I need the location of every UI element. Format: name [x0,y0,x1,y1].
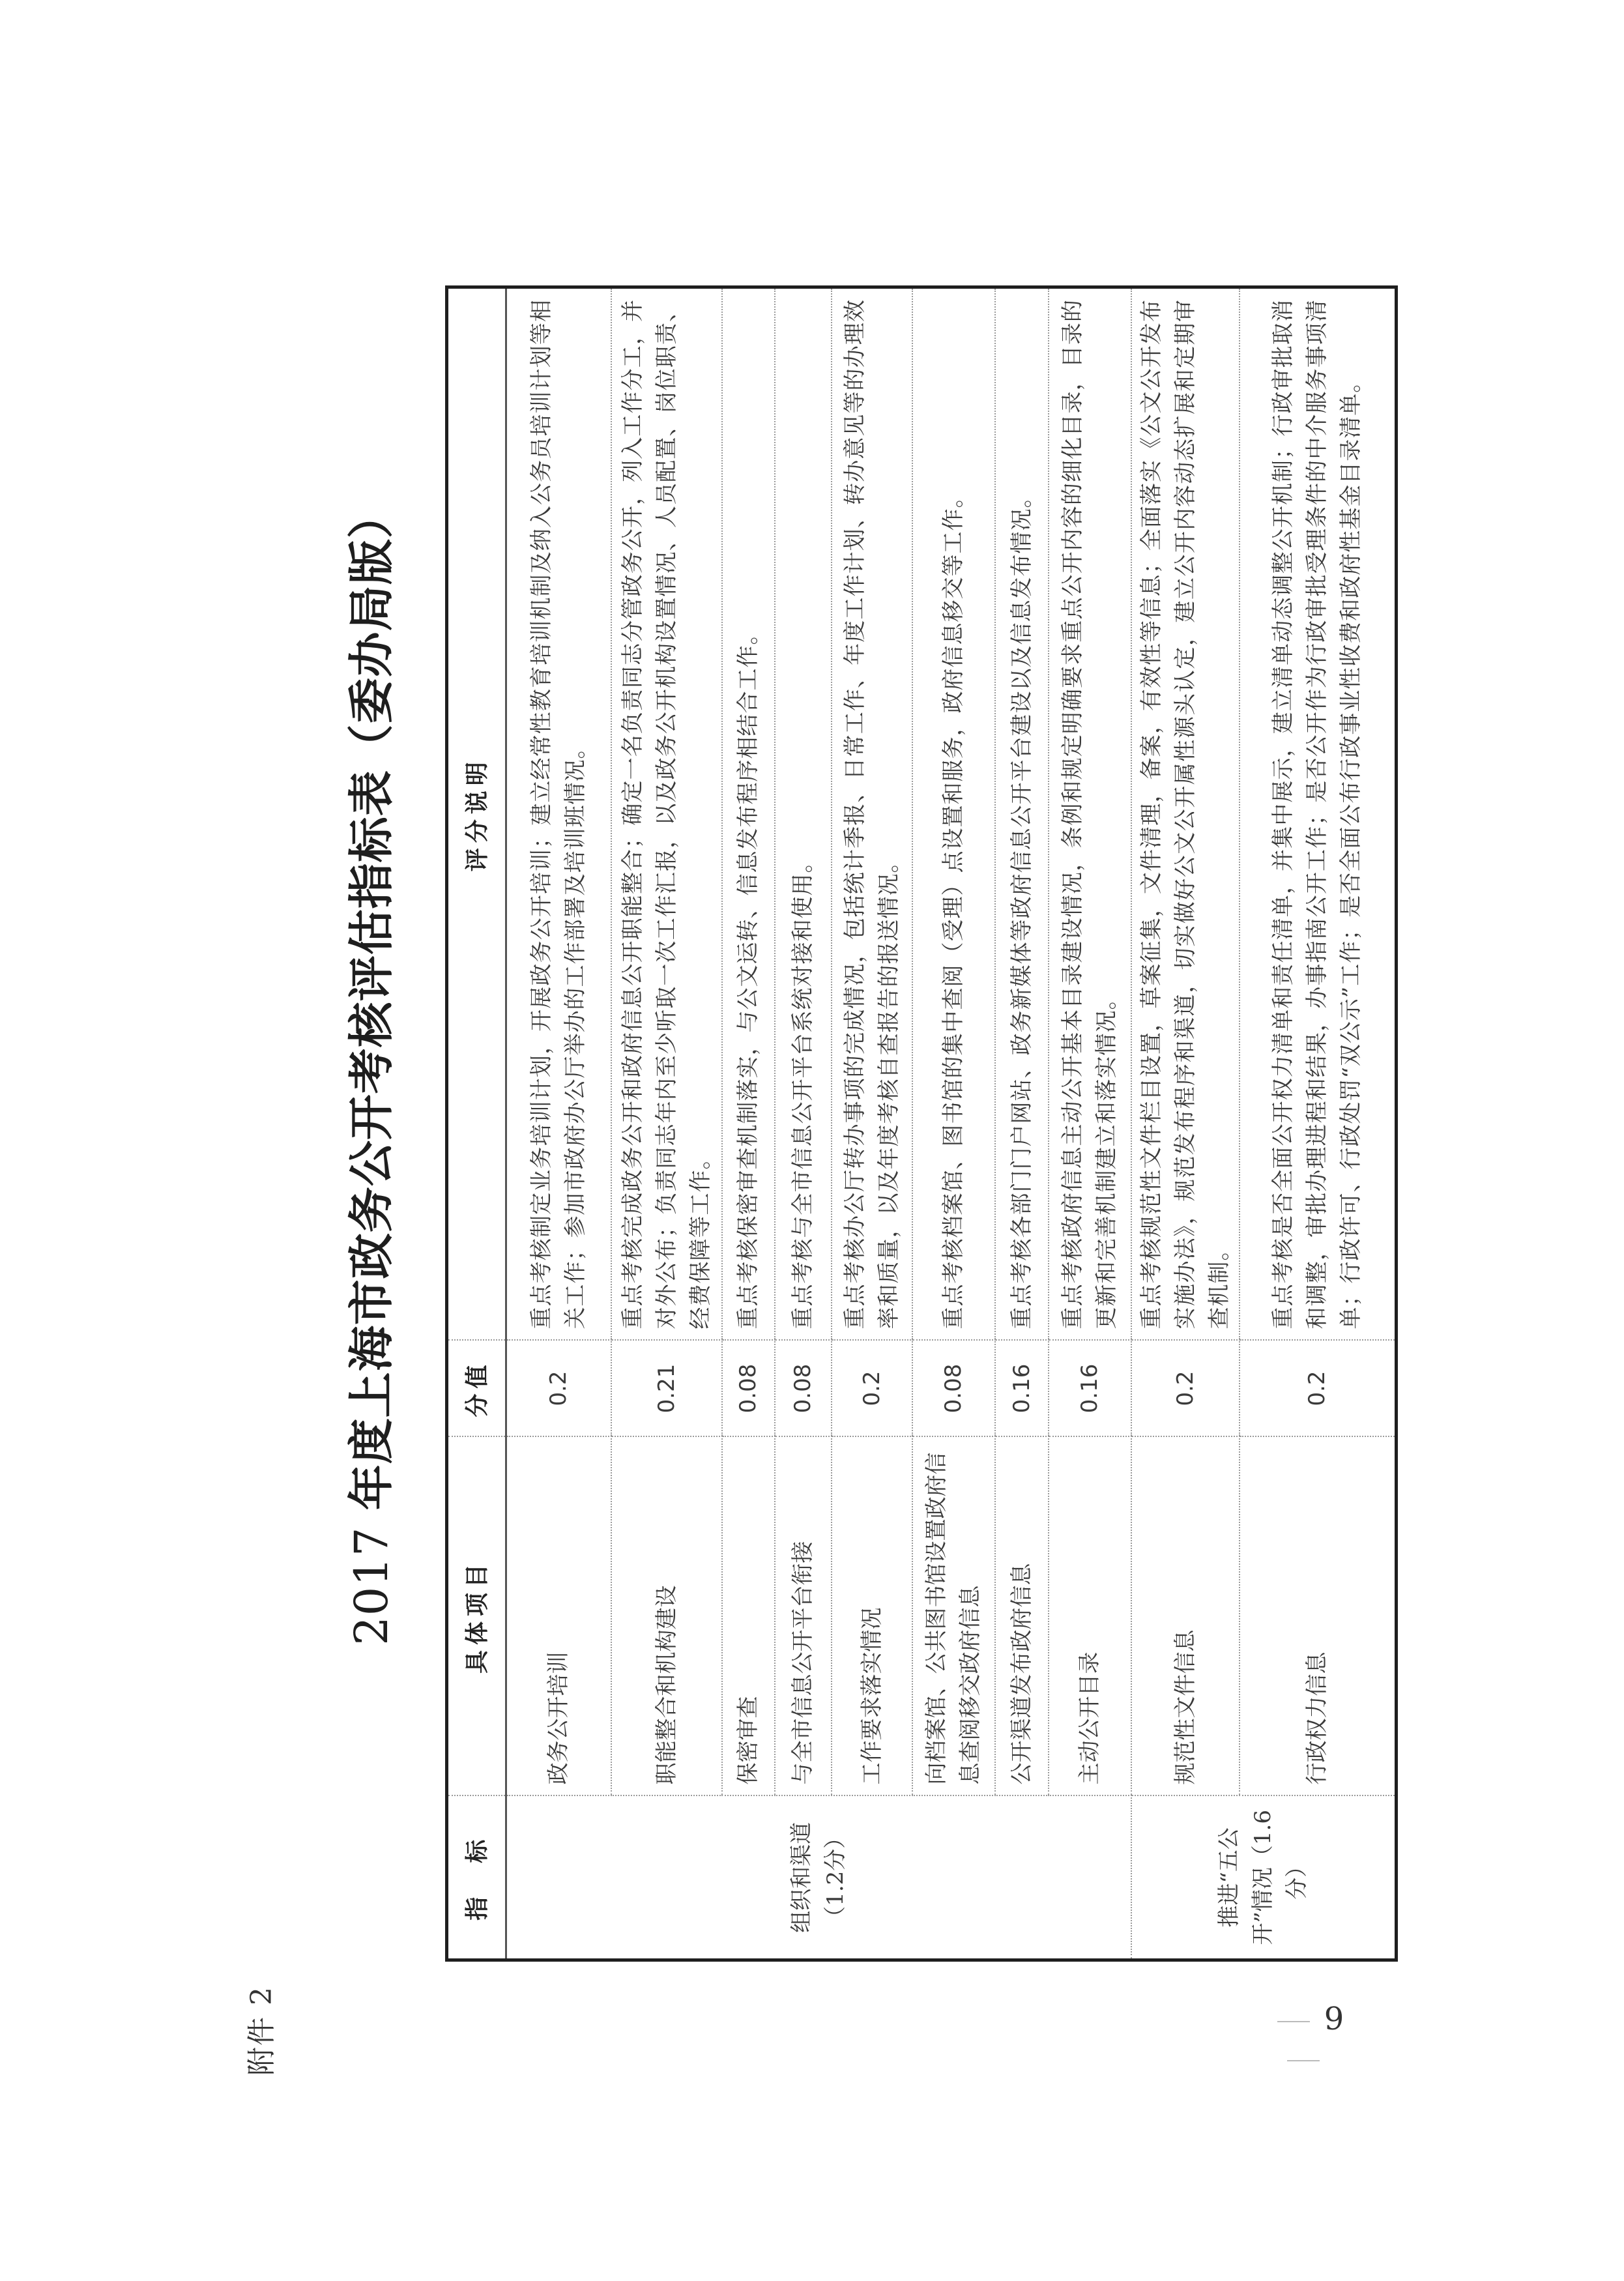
document-title: 2017 年度上海市政务公开考核评估指标表（委办局版） [342,411,401,1727]
score-cell: 0.2 [1240,1341,1397,1437]
table-row: 公开渠道发布政府信息0.16重点考核各部门门户网站、政务新媒体等政府信息公开平台… [995,287,1049,1960]
indicator-table-container: 指 标 具体项目 分值 评分说明 组织和渠道（1.2分）政务公开培训0.2重点考… [445,289,1395,1962]
description-cell: 重点考核与全市信息公开平台系统对接和使用。 [775,287,832,1341]
table-row: 工作要求落实情况0.2重点考核办公厅转办事项的完成情况，包括统计季报、日常工作、… [832,287,912,1960]
score-cell: 0.2 [1131,1341,1240,1437]
table-body: 组织和渠道（1.2分）政务公开培训0.2重点考核制定业务培训计划，开展政务公开培… [506,287,1397,1960]
score-cell: 0.21 [611,1341,722,1437]
score-cell: 0.08 [912,1341,995,1437]
score-cell: 0.16 [995,1341,1049,1437]
table-row: 向档案馆、公共图书馆设置政府信息查阅移交政府信息0.08重点考核档案馆、图书馆的… [912,287,995,1960]
item-cell: 行政权力信息 [1240,1437,1397,1796]
indicator-table: 指 标 具体项目 分值 评分说明 组织和渠道（1.2分）政务公开培训0.2重点考… [445,285,1398,1962]
description-cell: 重点考核档案馆、图书馆的集中查阅（受理）点设置和服务，政府信息移交等工作。 [912,287,995,1341]
table-row: 保密审查0.08重点考核保密审查机制落实，与公文运转、信息发布程序相结合工作。 [722,287,775,1960]
table-row: 主动公开目录0.16重点考核政府信息主动公开基本目录建设情况，条例和规定明确要求… [1049,287,1131,1960]
description-cell: 重点考核保密审查机制落实，与公文运转、信息发布程序相结合工作。 [722,287,775,1341]
header-description: 评分说明 [447,287,506,1341]
item-cell: 政务公开培训 [506,1437,611,1796]
item-cell: 与全市信息公开平台衔接 [775,1437,832,1796]
score-cell: 0.2 [832,1341,912,1437]
description-cell: 重点考核规范性文件栏目设置，草案征集，文件清理，备案，有效性等信息；全面落实《公… [1131,287,1240,1341]
description-cell: 重点考核办公厅转办事项的完成情况，包括统计季报、日常工作、年度工作计划、转办意见… [832,287,912,1341]
score-cell: 0.2 [506,1341,611,1437]
indicator-group-cell: 组织和渠道（1.2分） [506,1796,1131,1960]
title-text: 年度上海市政务公开考核评估指标表（委办局版） [344,492,398,1526]
item-cell: 向档案馆、公共图书馆设置政府信息查阅移交政府信息 [912,1437,995,1796]
score-cell: 0.08 [775,1341,832,1437]
description-cell: 重点考核是否全面公开权力清单和责任清单，并集中展示，建立清单动态调整公开机制；行… [1240,287,1397,1341]
page-number: 9 [1238,1999,1369,2039]
description-cell: 重点考核制定业务培训计划，开展政务公开培训；建立经常性教育培训机制及纳入公务员培… [506,287,611,1341]
score-cell: 0.08 [722,1341,775,1437]
page-number-dash-right [1287,2060,1320,2061]
table-header-row: 指 标 具体项目 分值 评分说明 [447,287,506,1960]
page-number-value: 9 [1324,2001,1344,2037]
table-row: 行政权力信息0.2重点考核是否全面公开权力清单和责任清单，并集中展示，建立清单动… [1240,287,1397,1960]
item-cell: 保密审查 [722,1437,775,1796]
description-cell: 重点考核政府信息主动公开基本目录建设情况，条例和规定明确要求重点公开内容的细化目… [1049,287,1131,1341]
item-cell: 公开渠道发布政府信息 [995,1437,1049,1796]
table-row: 与全市信息公开平台衔接0.08重点考核与全市信息公开平台系统对接和使用。 [775,287,832,1960]
table-row: 推进“五公开”情况（1.6分）规范性文件信息0.2重点考核规范性文件栏目设置，草… [1131,287,1240,1960]
item-cell: 工作要求落实情况 [832,1437,912,1796]
item-cell: 规范性文件信息 [1131,1437,1240,1796]
title-year: 2017 [345,1527,398,1646]
indicator-group-cell: 推进“五公开”情况（1.6分） [1131,1796,1397,1960]
table-row: 职能整合和机构建设0.21重点考核完成政务公开和政府信息公开职能整合；确定一名负… [611,287,722,1960]
attachment-label: 附件 2 [242,1945,282,2076]
header-indicator: 指 标 [447,1796,506,1960]
table-row: 组织和渠道（1.2分）政务公开培训0.2重点考核制定业务培训计划，开展政务公开培… [506,287,611,1960]
description-cell: 重点考核各部门门户网站、政务新媒体等政府信息公开平台建设以及信息发布情况。 [995,287,1049,1341]
score-cell: 0.16 [1049,1341,1131,1437]
description-cell: 重点考核完成政务公开和政府信息公开职能整合；确定一名负责同志分管政务公开，列入工… [611,287,722,1341]
header-item: 具体项目 [447,1437,506,1796]
page-number-dash-left [1277,2021,1310,2022]
item-cell: 职能整合和机构建设 [611,1437,722,1796]
item-cell: 主动公开目录 [1049,1437,1131,1796]
header-score: 分值 [447,1341,506,1437]
